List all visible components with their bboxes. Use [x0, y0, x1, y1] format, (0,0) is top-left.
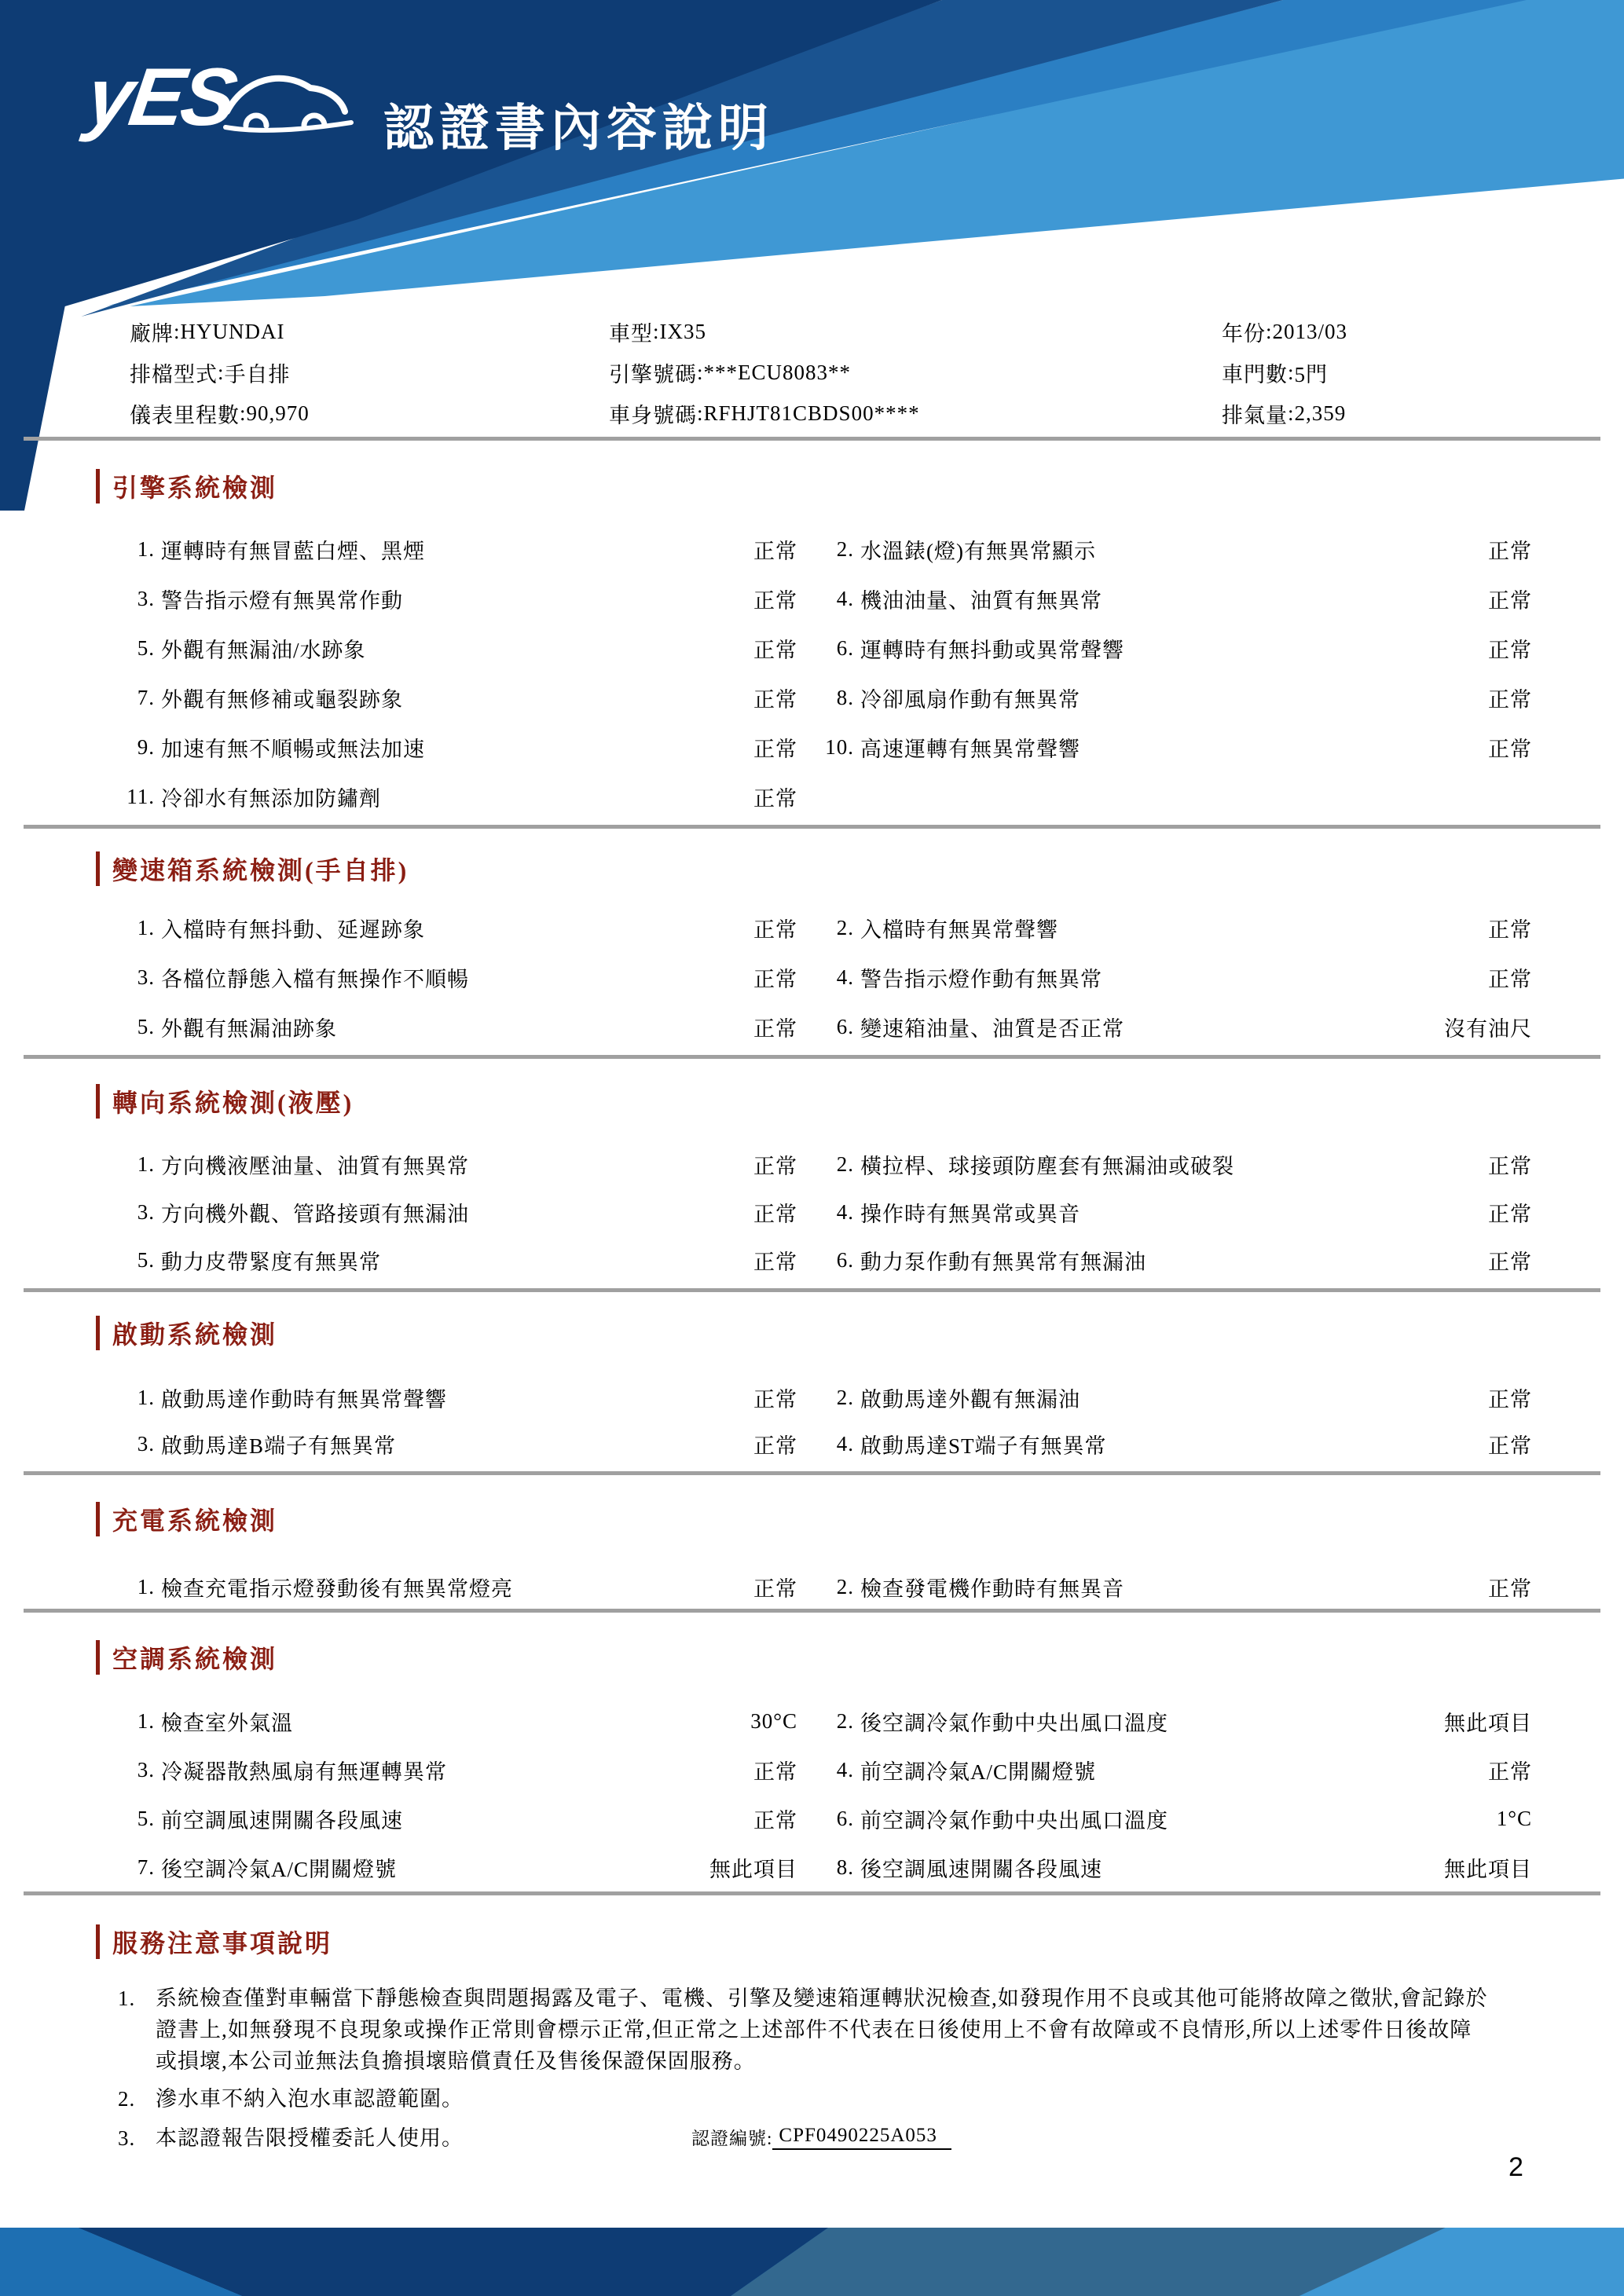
inspection-row: 3.方向機外觀、管路接頭有無漏油正常4.操作時有無異常或異音正常: [0, 1188, 1624, 1236]
item-text: 動力皮帶緊度有無異常: [161, 1245, 381, 1276]
item-text: 動力泵作動有無異常有無漏油: [860, 1245, 1146, 1276]
item-number: 1.: [118, 1575, 161, 1599]
item-result: 沒有油尺: [1444, 1012, 1532, 1042]
item-text: 運轉時有無冒藍白煙、黑煙: [161, 534, 425, 565]
item-number: 8.: [817, 1855, 860, 1880]
inspection-section: 引擎系統檢測1.運轉時有無冒藍白煙、黑煙正常2.水溫錶(燈)有無異常顯示正常3.…: [0, 467, 1624, 505]
page-number: 2: [1509, 2152, 1523, 2183]
info-value: 2013/03: [1273, 320, 1348, 344]
inspection-item: 4.操作時有無異常或異音正常: [817, 1188, 1532, 1236]
info-separator: :: [240, 401, 247, 426]
item-text: 冷卻水有無添加防鏽劑: [161, 782, 381, 812]
item-number: 1.: [118, 916, 161, 940]
empty-cell: [817, 772, 1532, 822]
item-result: 正常: [1488, 1382, 1532, 1413]
item-text: 檢查發電機作動時有無異音: [860, 1572, 1124, 1602]
item-number: 2.: [817, 537, 860, 562]
title-bar-icon: [96, 1502, 100, 1536]
item-number: 3.: [118, 587, 161, 611]
inspection-section: 啟動系統檢測1.啟動馬達作動時有無異常聲響正常2.啟動馬達外觀有無漏油正常3.啟…: [0, 1314, 1624, 1352]
inspection-item: 1.檢查充電指示燈發動後有無異常燈亮正常: [118, 1563, 797, 1610]
section-title-text: 空調系統檢測: [112, 1639, 277, 1675]
inspection-item: 1.啟動馬達作動時有無異常聲響正常: [118, 1375, 797, 1421]
item-number: 3.: [118, 965, 161, 990]
inspection-row: 1.方向機液壓油量、油質有無異常正常2.橫拉桿、球接頭防塵套有無漏油或破裂正常: [0, 1141, 1624, 1188]
inspection-item: 5.前空調風速開關各段風速正常: [118, 1794, 797, 1843]
info-label: 車門數: [1222, 357, 1288, 388]
inspection-row: 1.檢查室外氣溫30°C2.後空調冷氣作動中央出風口溫度無此項目: [0, 1697, 1624, 1745]
note-number: 1.: [118, 1983, 149, 2014]
item-number: 6.: [817, 1015, 860, 1039]
item-result: 正常: [753, 1149, 797, 1180]
inspection-section: 轉向系統檢測(液壓)1.方向機液壓油量、油質有無異常正常2.橫拉桿、球接頭防塵套…: [0, 1082, 1624, 1120]
item-number: 9.: [118, 735, 161, 760]
item-text: 冷凝器散熱風扇有無運轉異常: [161, 1755, 447, 1785]
item-result: 正常: [1488, 1197, 1532, 1228]
info-label: 廠牌: [130, 317, 174, 347]
item-text: 前空調冷氣作動中央出風口溫度: [860, 1803, 1168, 1834]
item-text: 加速有無不順暢或無法加速: [161, 732, 425, 763]
item-result: 正常: [1488, 534, 1532, 565]
item-number: 1.: [118, 1709, 161, 1734]
inspection-item: 3.冷凝器散熱風扇有無運轉異常正常: [118, 1745, 797, 1794]
vehicle-info-field: 車門數:5門: [1222, 352, 1624, 393]
info-value: IX35: [660, 320, 707, 344]
section-title: 引擎系統檢測: [96, 467, 1624, 505]
section-title-text: 轉向系統檢測(液壓): [112, 1083, 354, 1119]
inspection-item: 5.外觀有無漏油跡象正常: [118, 1002, 797, 1052]
item-text: 外觀有無修補或龜裂跡象: [161, 683, 403, 713]
item-number: 2.: [817, 1386, 860, 1410]
item-result: 正常: [1488, 1149, 1532, 1180]
item-result: 正常: [753, 534, 797, 565]
item-result: 正常: [1488, 1245, 1532, 1276]
inspection-item: 4.啟動馬達ST端子有無異常正常: [817, 1421, 1532, 1467]
item-text: 運轉時有無抖動或異常聲響: [860, 633, 1124, 664]
item-text: 高速運轉有無異常聲響: [860, 732, 1080, 763]
vehicle-info-field: 廠牌:HYUNDAI: [130, 311, 609, 352]
item-text: 前空調冷氣A/C開關燈號: [860, 1755, 1096, 1785]
inspection-row: 5.外觀有無漏油/水跡象正常6.運轉時有無抖動或異常聲響正常: [0, 624, 1624, 673]
inspection-row: 3.警告指示燈有無異常作動正常4.機油油量、油質有無異常正常: [0, 574, 1624, 624]
item-result: 正常: [1488, 1429, 1532, 1459]
item-number: 1.: [118, 1386, 161, 1410]
item-text: 外觀有無漏油/水跡象: [161, 633, 366, 664]
item-result: 正常: [1488, 633, 1532, 664]
item-result: 正常: [753, 732, 797, 763]
item-text: 啟動馬達外觀有無漏油: [860, 1382, 1080, 1413]
inspection-item: 3.方向機外觀、管路接頭有無漏油正常: [118, 1188, 797, 1236]
item-result: 正常: [1488, 683, 1532, 713]
item-text: 警告指示燈作動有無異常: [860, 962, 1102, 993]
item-result: 正常: [1488, 1755, 1532, 1785]
section-title: 服務注意事項說明: [96, 1923, 1624, 1961]
item-result: 正常: [753, 1572, 797, 1602]
item-number: 3.: [118, 1200, 161, 1225]
section-title: 啟動系統檢測: [96, 1314, 1624, 1352]
inspection-row: 3.啟動馬達B端子有無異常正常4.啟動馬達ST端子有無異常正常: [0, 1421, 1624, 1467]
section-title: 空調系統檢測: [96, 1639, 1624, 1676]
inspection-section: 變速箱系統檢測(手自排)1.入檔時有無抖動、延遲跡象正常2.入檔時有無異常聲響正…: [0, 850, 1624, 888]
item-result: 正常: [1488, 732, 1532, 763]
inspection-item: 4.機油油量、油質有無異常正常: [817, 574, 1532, 624]
item-number: 5.: [118, 1807, 161, 1831]
info-separator: :: [174, 320, 181, 344]
inspection-item: 4.警告指示燈作動有無異常正常: [817, 953, 1532, 1002]
item-number: 4.: [817, 1432, 860, 1456]
inspection-item: 1.檢查室外氣溫30°C: [118, 1697, 797, 1745]
page-header: yES 認證書內容說明: [0, 0, 1624, 511]
inspection-item: 8.後空調風速開關各段風速無此項目: [817, 1843, 1532, 1891]
item-text: 變速箱油量、油質是否正常: [860, 1012, 1124, 1042]
item-number: 2.: [817, 1152, 860, 1177]
inspection-item: 6.前空調冷氣作動中央出風口溫度1°C: [817, 1794, 1532, 1843]
inspection-item: 9.加速有無不順暢或無法加速正常: [118, 723, 797, 772]
inspection-row: 3.冷凝器散熱風扇有無運轉異常正常4.前空調冷氣A/C開關燈號正常: [0, 1745, 1624, 1794]
certificate-number-value: CPF0490225A053: [772, 2125, 951, 2150]
section-divider: [24, 1055, 1600, 1059]
item-result: 正常: [753, 683, 797, 713]
service-note-item: 2.滲水車不納入泡水車認證範圍。: [118, 2083, 1489, 2115]
title-bar-icon: [96, 1084, 100, 1119]
inspection-item: 2.水溫錶(燈)有無異常顯示正常: [817, 525, 1532, 574]
vehicle-info-field: 年份:2013/03: [1222, 311, 1624, 352]
certificate-page: yES 認證書內容說明 廠牌:HYUNDAI車型:IX35年份:2013/03排…: [0, 0, 1624, 2296]
item-result: 無此項目: [1444, 1706, 1532, 1737]
item-number: 11.: [118, 785, 161, 809]
item-text: 入檔時有無抖動、延遲跡象: [161, 913, 425, 943]
title-bar-icon: [96, 851, 100, 886]
section-title-text: 變速箱系統檢測(手自排): [112, 851, 409, 887]
inspection-item: 6.變速箱油量、油質是否正常沒有油尺: [817, 1002, 1532, 1052]
inspection-item: 4.前空調冷氣A/C開關燈號正常: [817, 1745, 1532, 1794]
item-text: 水溫錶(燈)有無異常顯示: [860, 534, 1096, 565]
item-text: 後空調冷氣A/C開關燈號: [161, 1852, 397, 1883]
item-number: 5.: [118, 636, 161, 661]
inspection-item: 8.冷卻風扇作動有無異常正常: [817, 673, 1532, 723]
item-result: 正常: [753, 962, 797, 993]
item-number: 4.: [817, 1200, 860, 1225]
item-number: 4.: [817, 965, 860, 990]
inspection-item: 5.外觀有無漏油/水跡象正常: [118, 624, 797, 673]
inspection-item: 1.入檔時有無抖動、延遲跡象正常: [118, 903, 797, 953]
note-number: 2.: [118, 2083, 149, 2115]
title-bar-icon: [96, 1640, 100, 1675]
vehicle-info-field: 儀表里程數:90,970: [130, 393, 609, 434]
item-number: 2.: [817, 916, 860, 940]
item-text: 橫拉桿、球接頭防塵套有無漏油或破裂: [860, 1149, 1234, 1180]
item-text: 後空調冷氣作動中央出風口溫度: [860, 1706, 1168, 1737]
vehicle-info: 廠牌:HYUNDAI車型:IX35年份:2013/03排檔型式:手自排引擎號碼:…: [0, 311, 1624, 434]
section-divider: [24, 1891, 1600, 1895]
item-text: 方向機液壓油量、油質有無異常: [161, 1149, 469, 1180]
item-text: 警告指示燈有無異常作動: [161, 584, 403, 614]
item-result: 正常: [753, 782, 797, 812]
section-title: 變速箱系統檢測(手自排): [96, 850, 1624, 888]
item-text: 外觀有無漏油跡象: [161, 1012, 337, 1042]
section-title-text: 充電系統檢測: [112, 1501, 277, 1537]
item-number: 1.: [118, 1152, 161, 1177]
item-text: 入檔時有無異常聲響: [860, 913, 1058, 943]
info-separator: :: [1288, 401, 1295, 426]
item-result: 正常: [753, 1755, 797, 1785]
item-number: 2.: [817, 1575, 860, 1599]
inspection-item: 2.入檔時有無異常聲響正常: [817, 903, 1532, 953]
section-title-text: 啟動系統檢測: [112, 1315, 277, 1351]
item-result: 正常: [753, 584, 797, 614]
item-text: 啟動馬達ST端子有無異常: [860, 1429, 1107, 1459]
info-label: 排檔型式: [130, 357, 218, 388]
item-number: 2.: [817, 1709, 860, 1734]
item-text: 檢查充電指示燈發動後有無異常燈亮: [161, 1572, 513, 1602]
inspection-row: 1.運轉時有無冒藍白煙、黑煙正常2.水溫錶(燈)有無異常顯示正常: [0, 525, 1624, 574]
item-result: 正常: [753, 913, 797, 943]
item-result: 正常: [1488, 913, 1532, 943]
inspection-item: 6.動力泵作動有無異常有無漏油正常: [817, 1236, 1532, 1284]
inspection-item: 6.運轉時有無抖動或異常聲響正常: [817, 624, 1532, 673]
page-footer: [0, 2228, 1624, 2296]
item-number: 10.: [817, 735, 860, 760]
item-result: 正常: [753, 1803, 797, 1834]
note-text: 滲水車不納入泡水車認證範圍。: [156, 2083, 1489, 2115]
info-separator: :: [1288, 361, 1295, 385]
item-text: 啟動馬達B端子有無異常: [161, 1429, 396, 1459]
inspection-row: 3.各檔位靜態入檔有無操作不順暢正常4.警告指示燈作動有無異常正常: [0, 953, 1624, 1002]
item-result: 1°C: [1497, 1807, 1532, 1831]
certificate-number: 認證編號: CPF0490225A053: [691, 2124, 951, 2150]
section-divider: [24, 1609, 1600, 1613]
item-result: 正常: [753, 1012, 797, 1042]
inspection-row: 1.檢查充電指示燈發動後有無異常燈亮正常2.檢查發電機作動時有無異音正常: [0, 1563, 1624, 1610]
title-bar-icon: [96, 469, 100, 504]
inspection-item: 2.後空調冷氣作動中央出風口溫度無此項目: [817, 1697, 1532, 1745]
inspection-item: 3.警告指示燈有無異常作動正常: [118, 574, 797, 624]
item-result: 正常: [753, 1245, 797, 1276]
section-title: 轉向系統檢測(液壓): [96, 1082, 1624, 1120]
item-number: 1.: [118, 537, 161, 562]
info-value: HYUNDAI: [181, 320, 285, 344]
section-divider: [24, 825, 1600, 829]
inspection-item: 7.外觀有無修補或龜裂跡象正常: [118, 673, 797, 723]
inspection-row: 7.外觀有無修補或龜裂跡象正常8.冷卻風扇作動有無異常正常: [0, 673, 1624, 723]
info-value: 2,359: [1295, 401, 1347, 426]
info-separator: :: [697, 401, 704, 426]
info-label: 儀表里程數: [130, 398, 240, 429]
inspection-row: 7.後空調冷氣A/C開關燈號無此項目8.後空調風速開關各段風速無此項目: [0, 1843, 1624, 1891]
inspection-row: 11.冷卻水有無添加防鏽劑正常: [0, 772, 1624, 822]
vehicle-info-field: 引擎號碼:***ECU8083**: [609, 352, 1222, 393]
yes-logo: yES: [88, 57, 354, 138]
inspection-item: 11.冷卻水有無添加防鏽劑正常: [118, 772, 797, 822]
item-number: 6.: [817, 1248, 860, 1273]
info-label: 車身號碼: [609, 398, 697, 429]
item-text: 啟動馬達作動時有無異常聲響: [161, 1382, 447, 1413]
inspection-section: 空調系統檢測1.檢查室外氣溫30°C2.後空調冷氣作動中央出風口溫度無此項目3.…: [0, 1639, 1624, 1676]
section-title: 充電系統檢測: [96, 1500, 1624, 1538]
item-text: 冷卻風扇作動有無異常: [860, 683, 1080, 713]
item-result: 正常: [753, 633, 797, 664]
info-separator: :: [697, 361, 704, 385]
item-text: 後空調風速開關各段風速: [860, 1852, 1102, 1883]
inspection-item: 7.後空調冷氣A/C開關燈號無此項目: [118, 1843, 797, 1891]
item-number: 5.: [118, 1015, 161, 1039]
title-bar-icon: [96, 1316, 100, 1350]
note-text: 系統檢查僅對車輛當下靜態檢查與問題揭露及電子、電機、引擎及變速箱運轉狀況檢查,如…: [156, 1983, 1489, 2077]
section-divider: [24, 437, 1600, 441]
item-text: 各檔位靜態入檔有無操作不順暢: [161, 962, 469, 993]
inspection-item: 3.各檔位靜態入檔有無操作不順暢正常: [118, 953, 797, 1002]
inspection-item: 2.啟動馬達外觀有無漏油正常: [817, 1375, 1532, 1421]
info-separator: :: [218, 361, 225, 385]
item-result: 正常: [753, 1382, 797, 1413]
item-text: 方向機外觀、管路接頭有無漏油: [161, 1197, 469, 1228]
inspection-row: 5.動力皮帶緊度有無異常正常6.動力泵作動有無異常有無漏油正常: [0, 1236, 1624, 1284]
inspection-item: 3.啟動馬達B端子有無異常正常: [118, 1421, 797, 1467]
vehicle-info-field: 車身號碼:RFHJT81CBDS00****: [609, 393, 1222, 434]
item-number: 6.: [817, 1807, 860, 1831]
item-text: 前空調風速開關各段風速: [161, 1803, 403, 1834]
section-divider: [24, 1471, 1600, 1475]
service-notes-section: 服務注意事項說明: [0, 1923, 1624, 1961]
vehicle-info-field: 車型:IX35: [609, 311, 1222, 352]
item-result: 正常: [1488, 962, 1532, 993]
info-label: 車型: [609, 317, 653, 347]
item-number: 8.: [817, 686, 860, 710]
item-result: 30°C: [750, 1709, 797, 1734]
item-result: 正常: [753, 1429, 797, 1459]
info-separator: :: [1266, 320, 1273, 344]
info-label: 引擎號碼: [609, 357, 697, 388]
item-text: 檢查室外氣溫: [161, 1706, 293, 1737]
inspection-item: 10.高速運轉有無異常聲響正常: [817, 723, 1532, 772]
item-result: 正常: [1488, 1572, 1532, 1602]
info-label: 年份: [1222, 317, 1266, 347]
inspection-row: 1.入檔時有無抖動、延遲跡象正常2.入檔時有無異常聲響正常: [0, 903, 1624, 953]
item-number: 7.: [118, 686, 161, 710]
title-bar-icon: [96, 1924, 100, 1959]
item-text: 機油油量、油質有無異常: [860, 584, 1102, 614]
info-value: 90,970: [247, 401, 310, 426]
inspection-row: 5.前空調風速開關各段風速正常6.前空調冷氣作動中央出風口溫度1°C: [0, 1794, 1624, 1843]
inspection-item: 5.動力皮帶緊度有無異常正常: [118, 1236, 797, 1284]
inspection-item: 1.運轉時有無冒藍白煙、黑煙正常: [118, 525, 797, 574]
info-separator: :: [653, 320, 660, 344]
inspection-item: 2.檢查發電機作動時有無異音正常: [817, 1563, 1532, 1610]
item-number: 5.: [118, 1248, 161, 1273]
certificate-number-label: 認證編號:: [691, 2124, 772, 2150]
section-title-text: 引擎系統檢測: [112, 468, 277, 504]
page-title: 認證書內容說明: [383, 88, 774, 160]
vehicle-info-field: 排檔型式:手自排: [130, 352, 609, 393]
inspection-section: 充電系統檢測1.檢查充電指示燈發動後有無異常燈亮正常2.檢查發電機作動時有無異音…: [0, 1500, 1624, 1538]
item-number: 6.: [817, 636, 860, 661]
yes-logo-text: yES: [82, 57, 239, 138]
car-outline-icon: [222, 58, 354, 137]
inspection-row: 9.加速有無不順暢或無法加速正常10.高速運轉有無異常聲響正常: [0, 723, 1624, 772]
info-value: 5門: [1295, 357, 1329, 388]
item-result: 無此項目: [709, 1852, 797, 1883]
item-text: 操作時有無異常或異音: [860, 1197, 1080, 1228]
inspection-row: 1.啟動馬達作動時有無異常聲響正常2.啟動馬達外觀有無漏油正常: [0, 1375, 1624, 1421]
section-divider: [24, 1288, 1600, 1292]
inspection-item: 2.橫拉桿、球接頭防塵套有無漏油或破裂正常: [817, 1141, 1532, 1188]
vehicle-info-field: 排氣量:2,359: [1222, 393, 1624, 434]
section-title-text: 服務注意事項說明: [112, 1924, 332, 1960]
info-value: RFHJT81CBDS00****: [704, 401, 920, 426]
item-number: 4.: [817, 587, 860, 611]
inspection-row: 5.外觀有無漏油跡象正常6.變速箱油量、油質是否正常沒有油尺: [0, 1002, 1624, 1052]
service-note-item: 1.系統檢查僅對車輛當下靜態檢查與問題揭露及電子、電機、引擎及變速箱運轉狀況檢查…: [118, 1983, 1489, 2077]
item-number: 3.: [118, 1432, 161, 1456]
info-label: 排氣量: [1222, 398, 1288, 429]
item-result: 正常: [753, 1197, 797, 1228]
inspection-item: 1.方向機液壓油量、油質有無異常正常: [118, 1141, 797, 1188]
item-result: 無此項目: [1444, 1852, 1532, 1883]
note-number: 3.: [118, 2122, 149, 2154]
info-value: 手自排: [225, 357, 291, 388]
info-value: ***ECU8083**: [704, 361, 852, 385]
item-number: 7.: [118, 1855, 161, 1880]
item-number: 4.: [817, 1758, 860, 1782]
item-number: 3.: [118, 1758, 161, 1782]
item-result: 正常: [1488, 584, 1532, 614]
